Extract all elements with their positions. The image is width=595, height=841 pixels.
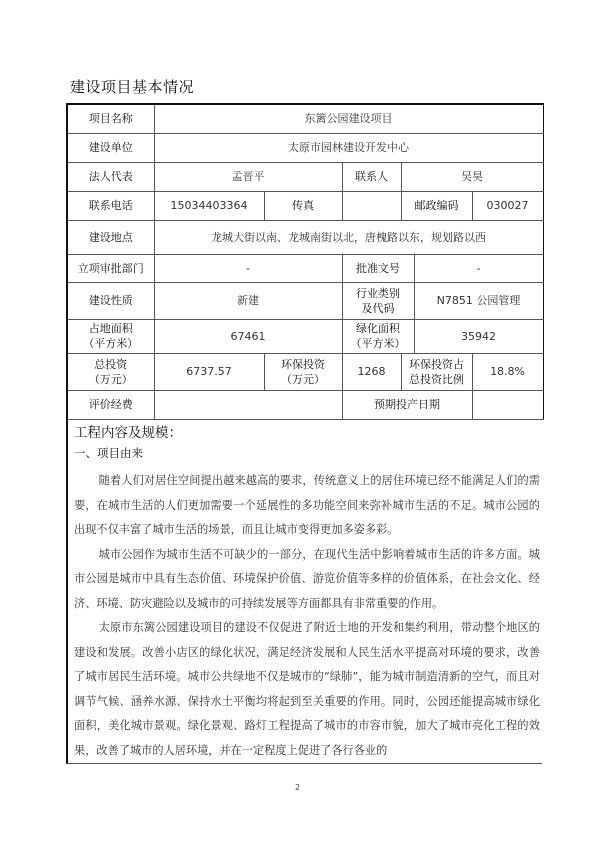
eval-fee-label: 评价经费 xyxy=(67,390,154,419)
location-label: 建设地点 xyxy=(67,220,154,254)
industry-label: 行业类别及代码 xyxy=(342,282,414,319)
builder-label: 建设单位 xyxy=(67,133,154,162)
row-area: 占地面积（平方米） 67461 绿化面积（平方米） 35942 xyxy=(67,319,543,353)
approval-no-value: - xyxy=(414,254,543,282)
postcode-label: 邮政编码 xyxy=(401,191,472,220)
paragraph-2: 城市公园作为城市生活不可缺少的一部分，在现代生活中影响着城市生活的许多方面。城市… xyxy=(74,543,540,617)
phone-value: 15034403364 xyxy=(154,191,264,220)
project-info-table: 项目名称 东篱公园建设项目 建设单位 太原市园林建设开发中心 法人代表 孟晋平 … xyxy=(66,103,544,420)
builder-value: 太原市园林建设开发中心 xyxy=(154,133,543,162)
fax-label: 传真 xyxy=(264,191,342,220)
phone-label: 联系电话 xyxy=(67,191,154,220)
paragraph-1: 随着人们对居住空间提出越来越高的要求，传统意义上的居住环境已经不能满足人们的需要… xyxy=(74,469,540,543)
total-invest-label: 总投资（万元） xyxy=(67,353,154,390)
legal-rep-label: 法人代表 xyxy=(67,162,154,191)
project-content-box: 工程内容及规模： 一、项目由来 随着人们对居住空间提出越来越高的要求，传统意义上… xyxy=(66,418,542,764)
contact-value: 吴昊 xyxy=(401,162,543,191)
row-legal-rep: 法人代表 孟晋平 联系人 吴昊 xyxy=(67,162,543,191)
row-builder: 建设单位 太原市园林建设开发中心 xyxy=(67,133,543,162)
green-area-label: 绿化面积（平方米） xyxy=(342,319,414,353)
row-location: 建设地点 龙城大街以南、龙城南街以北，唐槐路以东，规划路以西 xyxy=(67,220,543,254)
env-invest-value: 1268 xyxy=(342,353,401,390)
content-paragraphs: 随着人们对居住空间提出越来越高的要求，传统意义上的居住环境已经不能满足人们的需要… xyxy=(74,469,540,763)
prod-date-label: 预期投产日期 xyxy=(342,390,472,419)
postcode-value: 030027 xyxy=(472,191,543,220)
env-invest-label: 环保投资（万元） xyxy=(264,353,342,390)
green-area-value: 35942 xyxy=(414,319,543,353)
approval-dept-label: 立项审批部门 xyxy=(67,254,154,282)
fax-value xyxy=(342,191,401,220)
approval-dept-value: - xyxy=(154,254,342,282)
project-name-label: 项目名称 xyxy=(67,104,154,133)
content-subheading: 一、项目由来 xyxy=(74,445,143,461)
land-area-label: 占地面积（平方米） xyxy=(67,319,154,353)
industry-value: N7851 公园管理 xyxy=(414,282,543,319)
row-project-name: 项目名称 东篱公园建设项目 xyxy=(67,104,543,133)
row-investment: 总投资（万元） 6737.57 环保投资（万元） 1268 环保投资占总投资比例… xyxy=(67,353,543,390)
legal-rep-value: 孟晋平 xyxy=(154,162,342,191)
approval-no-label: 批准文号 xyxy=(342,254,414,282)
location-value: 龙城大街以南、龙城南街以北，唐槐路以东，规划路以西 xyxy=(154,220,543,254)
section-title: 建设项目基本情况 xyxy=(70,76,194,97)
project-name-value: 东篱公园建设项目 xyxy=(154,104,543,133)
nature-label: 建设性质 xyxy=(67,282,154,319)
row-eval-fee: 评价经费 预期投产日期 xyxy=(67,390,543,419)
row-phone: 联系电话 15034403364 传真 邮政编码 030027 xyxy=(67,191,543,220)
paragraph-3: 太原市东篱公园建设项目的建设不仅促进了附近土地的开发和集约利用，带动整个地区的建… xyxy=(74,616,540,763)
env-ratio-label: 环保投资占总投资比例 xyxy=(401,353,472,390)
nature-value: 新建 xyxy=(154,282,342,319)
prod-date-value xyxy=(472,390,543,419)
env-ratio-value: 18.8% xyxy=(472,353,543,390)
eval-fee-value xyxy=(154,390,342,419)
row-approval: 立项审批部门 - 批准文号 - xyxy=(67,254,543,282)
content-heading: 工程内容及规模： xyxy=(74,421,182,441)
contact-label: 联系人 xyxy=(342,162,401,191)
land-area-value: 67461 xyxy=(154,319,342,353)
row-nature: 建设性质 新建 行业类别及代码 N7851 公园管理 xyxy=(67,282,543,319)
total-invest-value: 6737.57 xyxy=(154,353,264,390)
page-number: 2 xyxy=(295,783,300,792)
